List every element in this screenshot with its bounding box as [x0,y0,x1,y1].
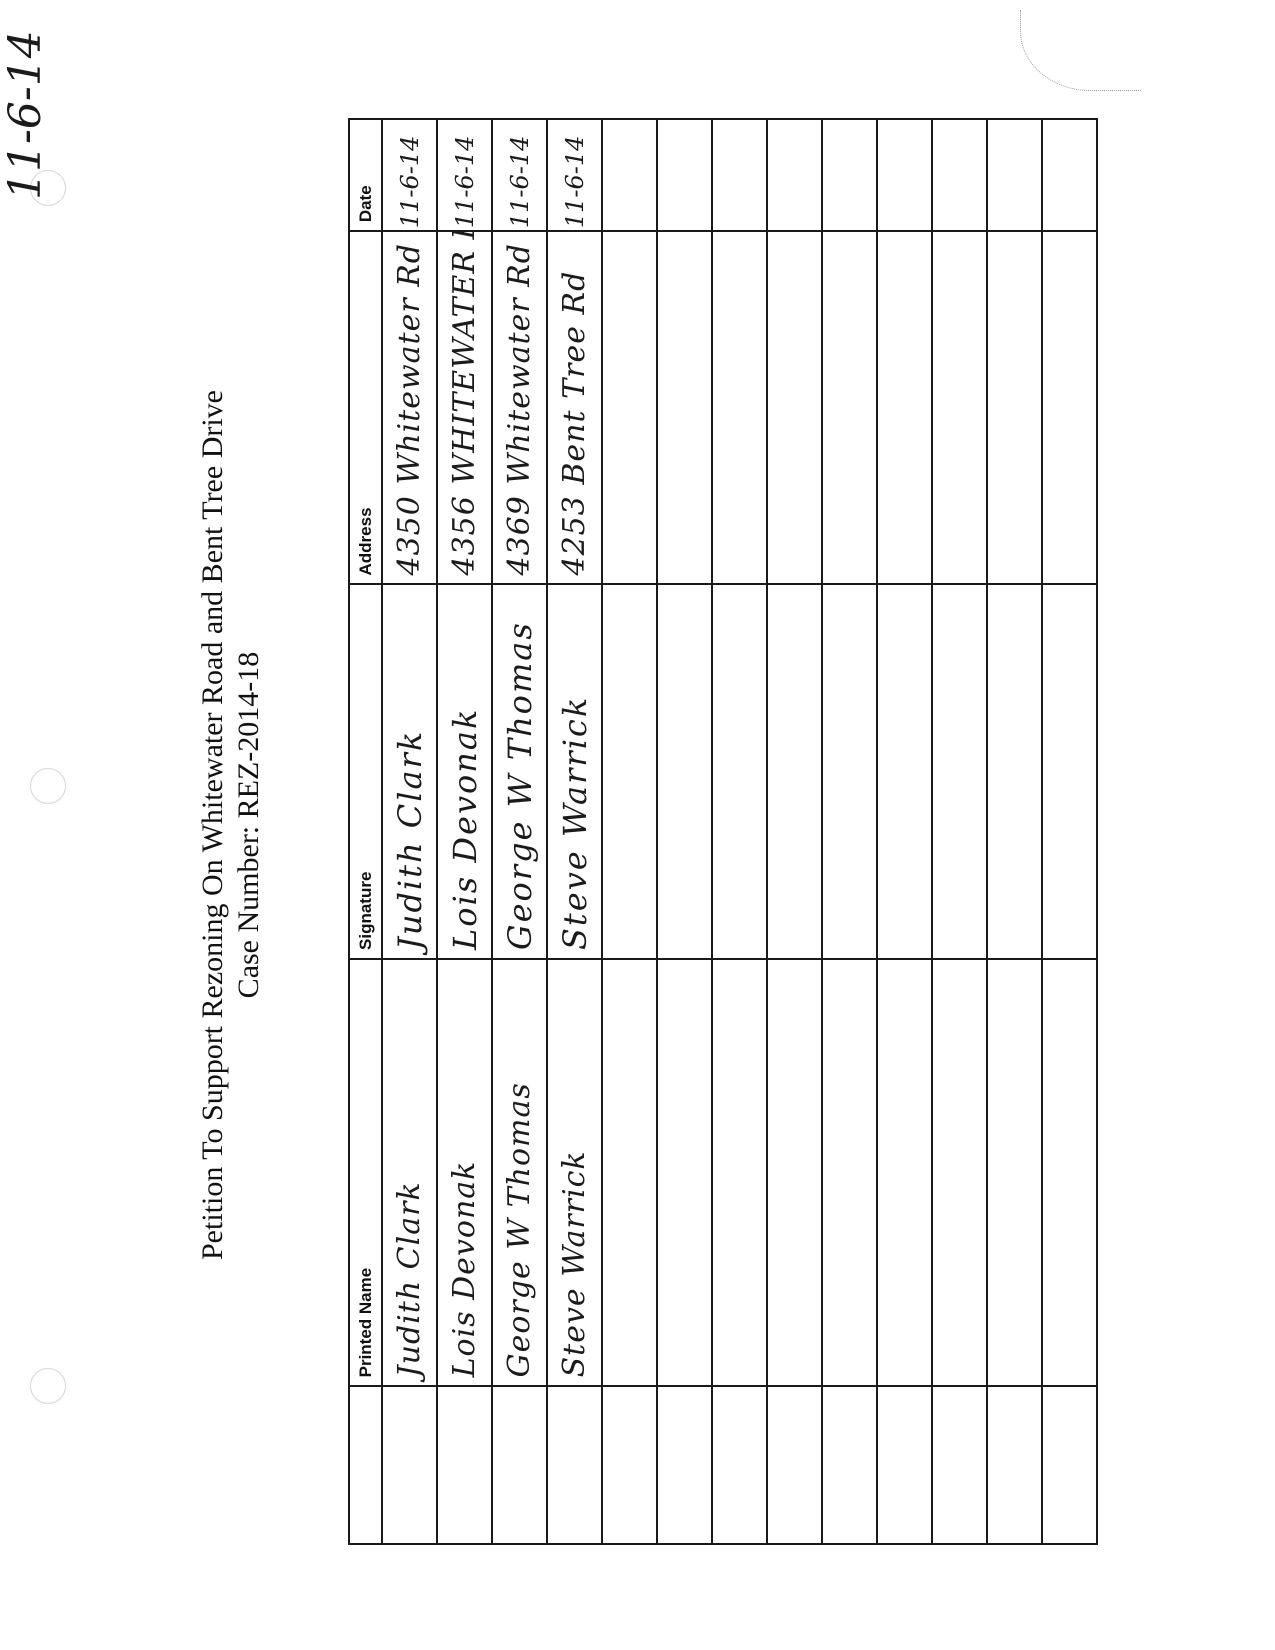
row-number-cell [987,1386,1042,1544]
address-cell [602,231,657,584]
handwritten-date-note: 11-6-14 [0,30,51,200]
address-cell [767,231,822,584]
address-cell: 4356 WHITEWATER Rd [437,231,492,584]
date-cell [987,119,1042,231]
printed-name-cell [987,959,1042,1386]
table-row: Steve WarrickSteve Warrick4253 Bent Tree… [547,119,602,1544]
date-cell: 11-6-14 [437,119,492,231]
row-number-cell [877,1386,932,1544]
printed-name-cell [602,959,657,1386]
row-number-cell [1042,1386,1097,1544]
address-cell [987,231,1042,584]
printed-name-cell: Lois Devonak [437,959,492,1386]
address-cell [822,231,877,584]
signature-cell: Lois Devonak [437,585,492,959]
date-cell: 11-6-14 [492,119,547,231]
address-cell [657,231,712,584]
table-row [987,119,1042,1544]
date-cell [657,119,712,231]
printed-name-cell [932,959,987,1386]
printed-name-cell: Judith Clark [382,959,437,1386]
printed-name-cell [657,959,712,1386]
signature-cell [1042,585,1097,959]
signature-cell [767,585,822,959]
row-number-cell [657,1386,712,1544]
date-cell [602,119,657,231]
petition-page: Petition To Support Rezoning On Whitewat… [0,0,1275,1650]
signature-table: Printed Name Signature Address Date Judi… [348,118,1098,1545]
printed-name-cell [877,959,932,1386]
address-cell: 4350 Whitewater Rd [382,231,437,584]
date-cell [877,119,932,231]
header-blank [349,1386,382,1544]
petition-title: Petition To Support Rezoning On Whitewat… [195,0,231,1650]
printed-name-cell [822,959,877,1386]
case-number: Case Number: REZ-2014-18 [231,0,267,1650]
signature-cell: George W Thomas [492,585,547,959]
signature-cell [712,585,767,959]
address-cell [1042,231,1097,584]
row-number-cell [932,1386,987,1544]
date-cell: 11-6-14 [547,119,602,231]
printed-name-cell [1042,959,1097,1386]
table-row [932,119,987,1544]
row-number-cell [492,1386,547,1544]
signature-cell [602,585,657,959]
header-printed-name: Printed Name [349,959,382,1386]
printed-name-cell [767,959,822,1386]
date-cell [767,119,822,231]
signature-cell [877,585,932,959]
address-cell [877,231,932,584]
address-cell: 4369 Whitewater Rd [492,231,547,584]
date-cell [822,119,877,231]
table-row: Lois DevonakLois Devonak4356 WHITEWATER … [437,119,492,1544]
signature-cell: Judith Clark [382,585,437,959]
printed-name-cell: George W Thomas [492,959,547,1386]
address-cell: 4253 Bent Tree Rd [547,231,602,584]
printed-name-cell [712,959,767,1386]
table-row [1042,119,1097,1544]
address-cell [712,231,767,584]
row-number-cell [712,1386,767,1544]
table-row [822,119,877,1544]
table-row [602,119,657,1544]
address-cell [932,231,987,584]
signature-cell [822,585,877,959]
date-cell [932,119,987,231]
table-row: George W ThomasGeorge W Thomas4369 White… [492,119,547,1544]
row-number-cell [382,1386,437,1544]
row-number-cell [547,1386,602,1544]
date-cell: 11-6-14 [382,119,437,231]
row-number-cell [437,1386,492,1544]
header-address: Address [349,231,382,584]
table-row [712,119,767,1544]
signature-cell [987,585,1042,959]
row-number-cell [822,1386,877,1544]
header-signature: Signature [349,585,382,959]
signature-cell [657,585,712,959]
table-row [657,119,712,1544]
signature-cell [932,585,987,959]
row-number-cell [602,1386,657,1544]
table-row: Judith ClarkJudith Clark4350 Whitewater … [382,119,437,1544]
table-row [877,119,932,1544]
title-block: Petition To Support Rezoning On Whitewat… [195,0,267,1650]
table-header-row: Printed Name Signature Address Date [349,119,382,1544]
date-cell [1042,119,1097,231]
header-date: Date [349,119,382,231]
printed-name-cell: Steve Warrick [547,959,602,1386]
table-row [767,119,822,1544]
row-number-cell [767,1386,822,1544]
signature-cell: Steve Warrick [547,585,602,959]
date-cell [712,119,767,231]
